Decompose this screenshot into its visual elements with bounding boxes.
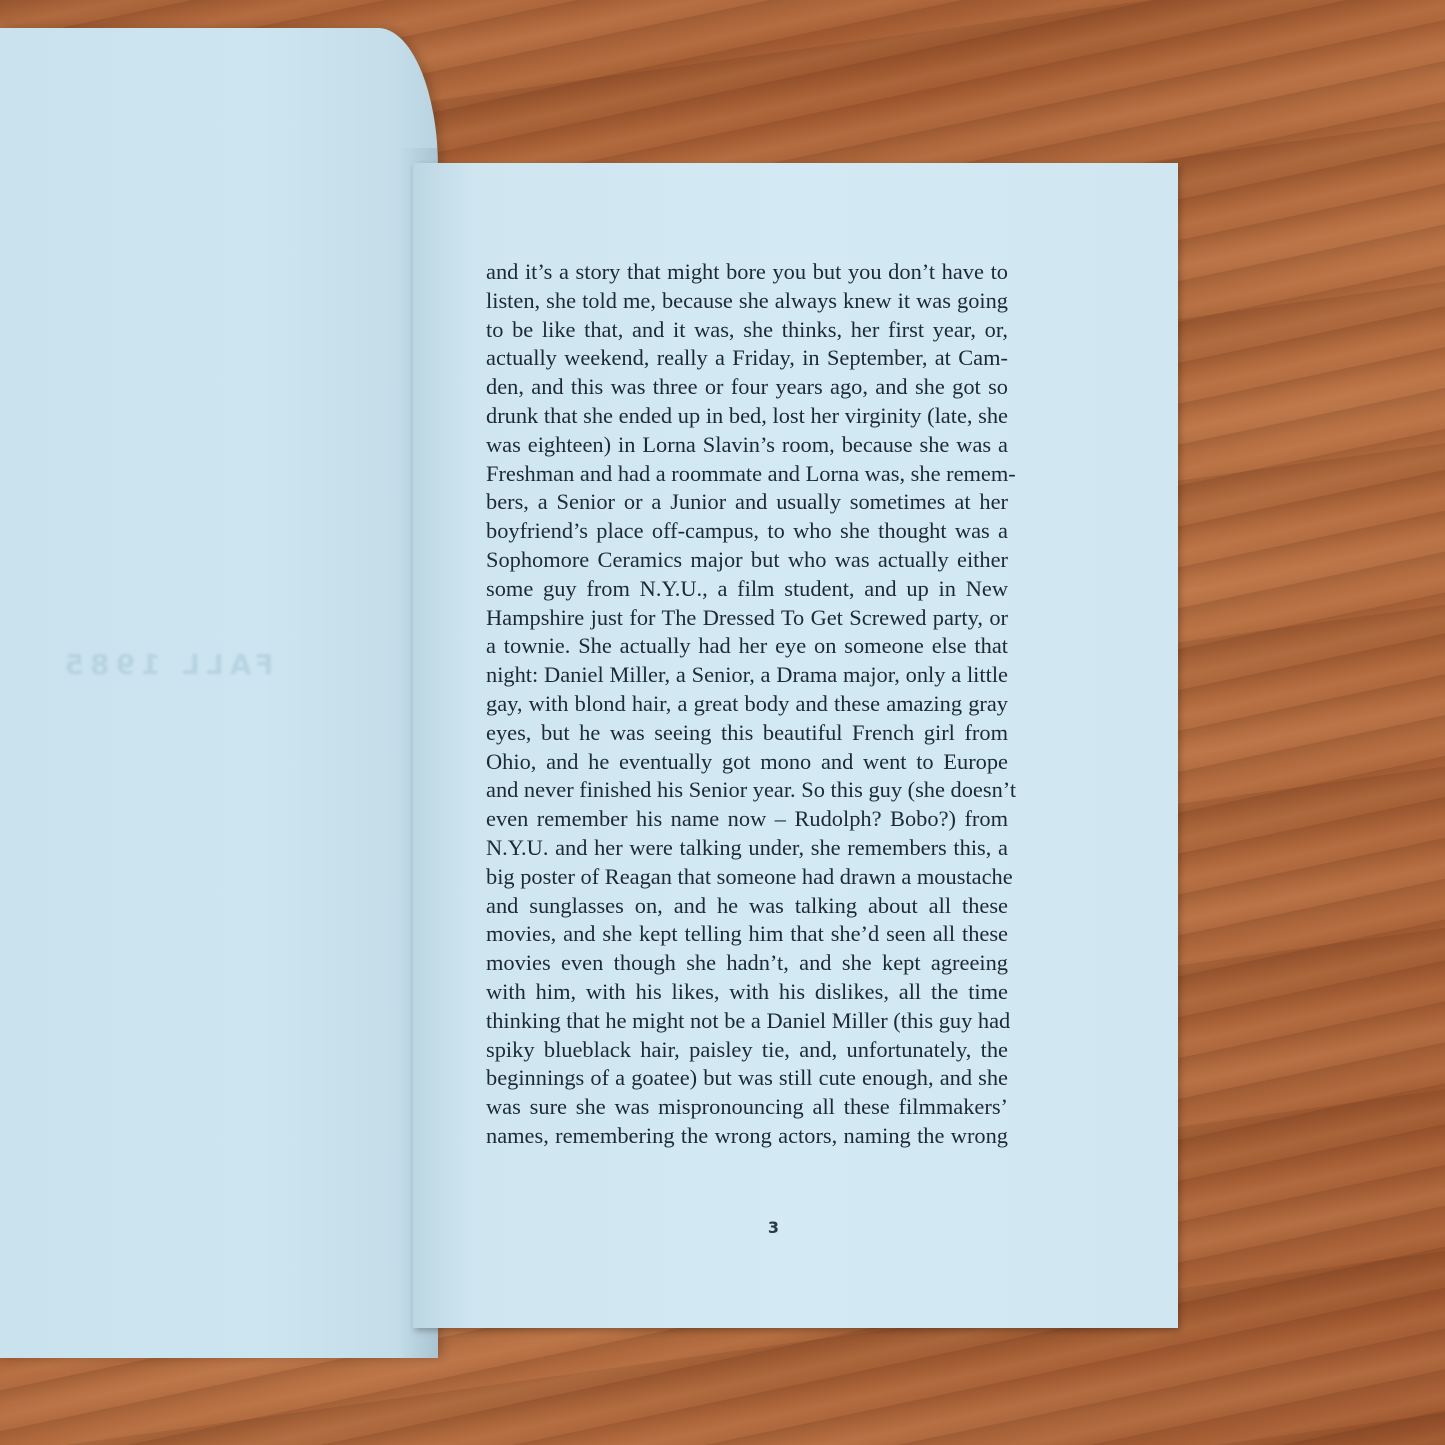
text-line: beginnings of a goatee) but was still cu… [486, 1064, 1008, 1093]
text-line: names, remembering the wrong actors, nam… [486, 1122, 1008, 1151]
left-page: FALL 1985 [0, 28, 438, 1358]
text-line: movies, and she kept telling him that sh… [486, 920, 1008, 949]
text-line: even remember his name now – Rudolph? Bo… [486, 805, 1008, 834]
text-line: eyes, but he was seeing this beautiful F… [486, 719, 1008, 748]
show-through-title: FALL 1985 [36, 648, 296, 681]
text-line: thinking that he might not be a Daniel M… [486, 1007, 1008, 1036]
text-line: movies even though she hadn’t, and she k… [486, 949, 1008, 978]
text-line: night: Daniel Miller, a Senior, a Drama … [486, 661, 1008, 690]
text-line: Sophomore Ceramics major but who was act… [486, 546, 1008, 575]
text-line: den, and this was three or four years ag… [486, 373, 1008, 402]
text-line: boyfriend’s place off-campus, to who she… [486, 517, 1008, 546]
text-line: Freshman and had a roommate and Lorna wa… [486, 460, 1008, 489]
text-line: with him, with his likes, with his disli… [486, 978, 1008, 1007]
text-line: N.Y.U. and her were talking under, she r… [486, 834, 1008, 863]
text-line: drunk that she ended up in bed, lost her… [486, 402, 1008, 431]
page-number: 3 [391, 1218, 1156, 1237]
text-line: Hampshire just for The Dressed To Get Sc… [486, 604, 1008, 633]
text-line: listen, she told me, because she always … [486, 287, 1008, 316]
text-line: gay, with blond hair, a great body and t… [486, 690, 1008, 719]
text-line: actually weekend, really a Friday, in Se… [486, 344, 1008, 373]
text-line: bers, a Senior or a Junior and usually s… [486, 488, 1008, 517]
right-page: and it’s a story that might bore you but… [413, 163, 1178, 1328]
text-line: and never finished his Senior year. So t… [486, 776, 1008, 805]
text-line: some guy from N.Y.U., a film student, an… [486, 575, 1008, 604]
text-line: and it’s a story that might bore you but… [486, 258, 1008, 287]
text-line: to be like that, and it was, she thinks,… [486, 316, 1008, 345]
body-text: and it’s a story that might bore you but… [486, 258, 1008, 1151]
text-line: big poster of Reagan that someone had dr… [486, 863, 1008, 892]
text-line: was sure she was mispronouncing all thes… [486, 1093, 1008, 1122]
text-line: spiky blueblack hair, paisley tie, and, … [486, 1036, 1008, 1065]
text-line: a townie. She actually had her eye on so… [486, 632, 1008, 661]
text-line: Ohio, and he eventually got mono and wen… [486, 748, 1008, 777]
text-line: was eighteen) in Lorna Slavin’s room, be… [486, 431, 1008, 460]
text-line: and sunglasses on, and he was talking ab… [486, 892, 1008, 921]
